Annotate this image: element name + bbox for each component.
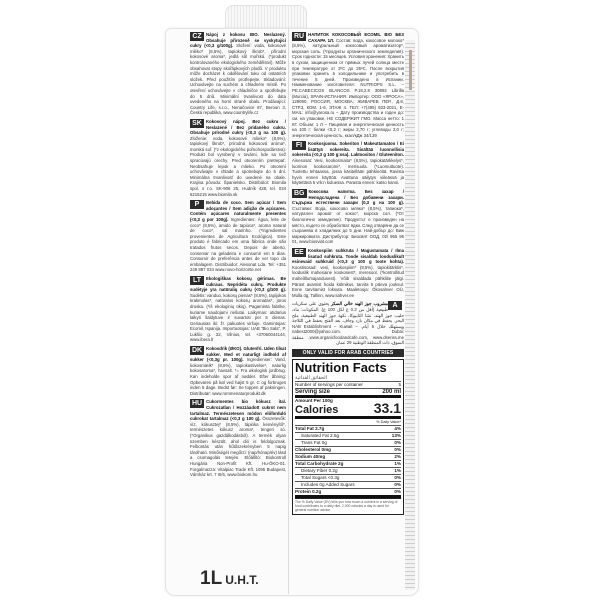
label-heading: Kookospiim suhkruta / Magustamata / Ilma… xyxy=(292,248,404,264)
nutrient-label: Saturated Fat 2.5g xyxy=(301,433,339,439)
nutrient-label: Total Carbohydrate 2g xyxy=(295,461,343,467)
nutrient-label: Includes 0g Added Sugars xyxy=(301,482,355,488)
nutrient-row: Sodium 40mg 2% xyxy=(295,453,401,460)
calories-row: Calories 33.1 xyxy=(295,404,401,416)
label-heading: Кокосова напитка. Без захар / Неподсладе… xyxy=(292,189,404,205)
label-block-sk: SK Kokosový nápoj. Bez cukru / Neslazené… xyxy=(190,119,286,197)
daily-value-header: % Daily Value* xyxy=(295,416,401,425)
lang-badge-bg: BG xyxy=(292,189,307,198)
label-body: Koostisosad: vesi, kookospiim* (8,5%), t… xyxy=(292,265,404,298)
nutrient-dv: 0% xyxy=(394,482,401,488)
nutrient-row: Dietary Fiber 0.2g 1% xyxy=(295,467,401,474)
nutrient-row: Saturated Fat 2.5g 13% xyxy=(295,432,401,439)
left-label-column: CZ Nápoj z kokosu BIO. Neslazený. Obsahu… xyxy=(190,32,286,481)
nutrient-dv: 1% xyxy=(394,468,401,474)
uht-mark: U.H.T. xyxy=(225,573,258,587)
nutrient-row: Total Carbohydrate 2g 1% xyxy=(295,460,401,467)
carton-side-edge xyxy=(405,40,415,590)
serving-size-row: Serving size 200 ml xyxy=(295,388,401,395)
label-body: Ingredientes: Água, leite de coco* (8,5%… xyxy=(190,217,286,272)
label-block-fi: FI Kookosjuoma. Sokeriton / Makeuttamato… xyxy=(292,141,404,186)
label-block-bg: BG Кокосова напитка. Без захар / Неподсл… xyxy=(292,189,404,245)
label-block-lt: LT Ekologiškas kokosų gėrimas. Be cukrau… xyxy=(190,276,286,343)
label-body: Összetevők: víz, kókusztej* (8,5%), tápi… xyxy=(190,416,286,477)
nutrient-row: Total Sugars <0.3g 0% xyxy=(295,474,401,481)
carton-fold-line xyxy=(288,28,289,594)
serving-size-value: 200 ml xyxy=(382,389,401,395)
lang-badge-a: A xyxy=(388,301,402,310)
nutrient-dv: 4% xyxy=(394,426,401,432)
label-heading: Kokosový nápoj. Bez cukru / Neslazené / … xyxy=(190,119,286,135)
nutrition-facts-panel: Nutrition Facts الحقائق الغذائية Number … xyxy=(292,359,404,515)
nutrient-dv: 0% xyxy=(394,489,401,495)
lang-badge-sk: SK xyxy=(190,119,204,128)
label-block-ee: EE Kookospiim suhkruta / Magustamata / I… xyxy=(292,248,404,298)
lang-badge-ru: RU xyxy=(292,32,306,41)
carton-edge-accent xyxy=(409,50,412,90)
nutrient-row: Total Fat 2.7g 4% xyxy=(295,425,401,432)
nutrient-label: Dietary Fiber 0.2g xyxy=(301,468,338,474)
lang-badge-ee: EE xyxy=(292,248,306,257)
nutrient-label: Total Sugars <0.3g xyxy=(301,475,339,481)
serving-size-label: Serving size xyxy=(295,389,330,395)
label-block-arabic: A مشروب جوز الهند خالي السكر يحتوي على س… xyxy=(292,301,404,346)
nutrient-row: Protein 0.2g 0% xyxy=(295,488,401,498)
label-heading: مشروب جوز الهند خالي السكر xyxy=(331,301,388,306)
label-body: Состав: вода, кокосовое молоко* (8,5%), … xyxy=(292,38,404,138)
nutrient-dv: 2% xyxy=(394,454,401,460)
label-body: يحتوي على سكريات طبيعية (أقل من 0.3 غ لك… xyxy=(292,301,404,345)
lang-badge-hu: HU xyxy=(190,399,204,408)
volume-mark: 1LU.H.T. xyxy=(200,568,259,590)
nutrient-label: Trans Fat 0g xyxy=(301,440,327,446)
nutrient-label: Cholesterol 0mg xyxy=(295,447,331,453)
label-block-cz: CZ Nápoj z kokosu BIO. Neslazený. Obsahu… xyxy=(190,32,286,116)
nutrient-row: Includes 0g Added Sugars 0% xyxy=(295,481,401,488)
label-body: Sudėtis: vanduo, kokosų pienas* (8,5%), … xyxy=(190,293,286,343)
label-body: Složení: voda, kokosové mléko* (8,5%), t… xyxy=(190,43,286,115)
nutrient-dv: 0% xyxy=(394,440,401,446)
lang-badge-p: P xyxy=(190,200,204,209)
servings-label: Number of servings per container xyxy=(295,382,363,388)
label-block-p: P Bebida de coco. Sem açúcar / Sem adoça… xyxy=(190,200,286,273)
label-body: Ainesosat: Vesi, kookosmaito* (8,5%), ta… xyxy=(292,158,404,185)
lang-badge-lt: LT xyxy=(190,276,204,285)
volume-value: 1L xyxy=(200,568,222,589)
nutrition-title: Nutrition Facts xyxy=(295,361,401,375)
nutrition-footnote: The % Daily Value (DV) tells you how muc… xyxy=(295,498,401,513)
daily-value-label: % Daily Value* xyxy=(376,419,401,425)
nutrient-label: Total Fat 2.7g xyxy=(295,426,324,432)
nutrient-dv: 13% xyxy=(392,433,401,439)
label-block-ru: RU НАПИТОК КОКОСОВЫЙ ECOMIL BIO БЕЗ САХА… xyxy=(292,32,404,138)
servings-value: 5 xyxy=(398,382,401,388)
lang-badge-fi: FI xyxy=(292,141,306,150)
arab-countries-band: ONLY VALID FOR ARAB COUNTRIES xyxy=(292,349,404,357)
nutrient-label: Sodium 40mg xyxy=(295,454,325,460)
nutrient-dv: 1% xyxy=(394,461,401,467)
label-heading: Ekologiškas kokosų gėrimas. Be cukraus. … xyxy=(190,276,286,292)
calories-label: Calories xyxy=(295,404,338,416)
lang-badge-dk: DK xyxy=(190,346,204,355)
nutrient-dv: 0% xyxy=(394,475,401,481)
lang-badge-cz: CZ xyxy=(190,32,204,41)
nutrient-row: Trans Fat 0g 0% xyxy=(295,439,401,446)
label-block-dk: DK Kokosdrik (ØKO). Glutenfri. Uden tils… xyxy=(190,346,286,396)
calories-value: 33.1 xyxy=(374,405,401,411)
nutrient-row: Cholesterol 0mg 0% xyxy=(295,446,401,453)
label-body: Ingredienser: Vand, kokosmælk* (8,5%), t… xyxy=(190,357,286,396)
label-block-hu: HU Cukormentes bio kókusz ital. Cukrozat… xyxy=(190,399,286,477)
nutrient-label: Protein 0.2g xyxy=(295,489,321,495)
label-body: Zloženie: voda, kokosové mlieko* (8,5%),… xyxy=(190,136,286,197)
right-label-column: RU НАПИТОК КОКОСОВЫЙ ECOMIL BIO БЕЗ САХА… xyxy=(292,32,404,515)
nutrient-dv: 0% xyxy=(394,447,401,453)
label-body: Съставки: Вода, кокосово мляко* (8,5%), … xyxy=(292,206,404,245)
label-heading: Kookosjuoma. Sokeriton / Makeuttamaton /… xyxy=(292,141,404,157)
servings-row: Number of servings per container 5 xyxy=(295,381,401,388)
